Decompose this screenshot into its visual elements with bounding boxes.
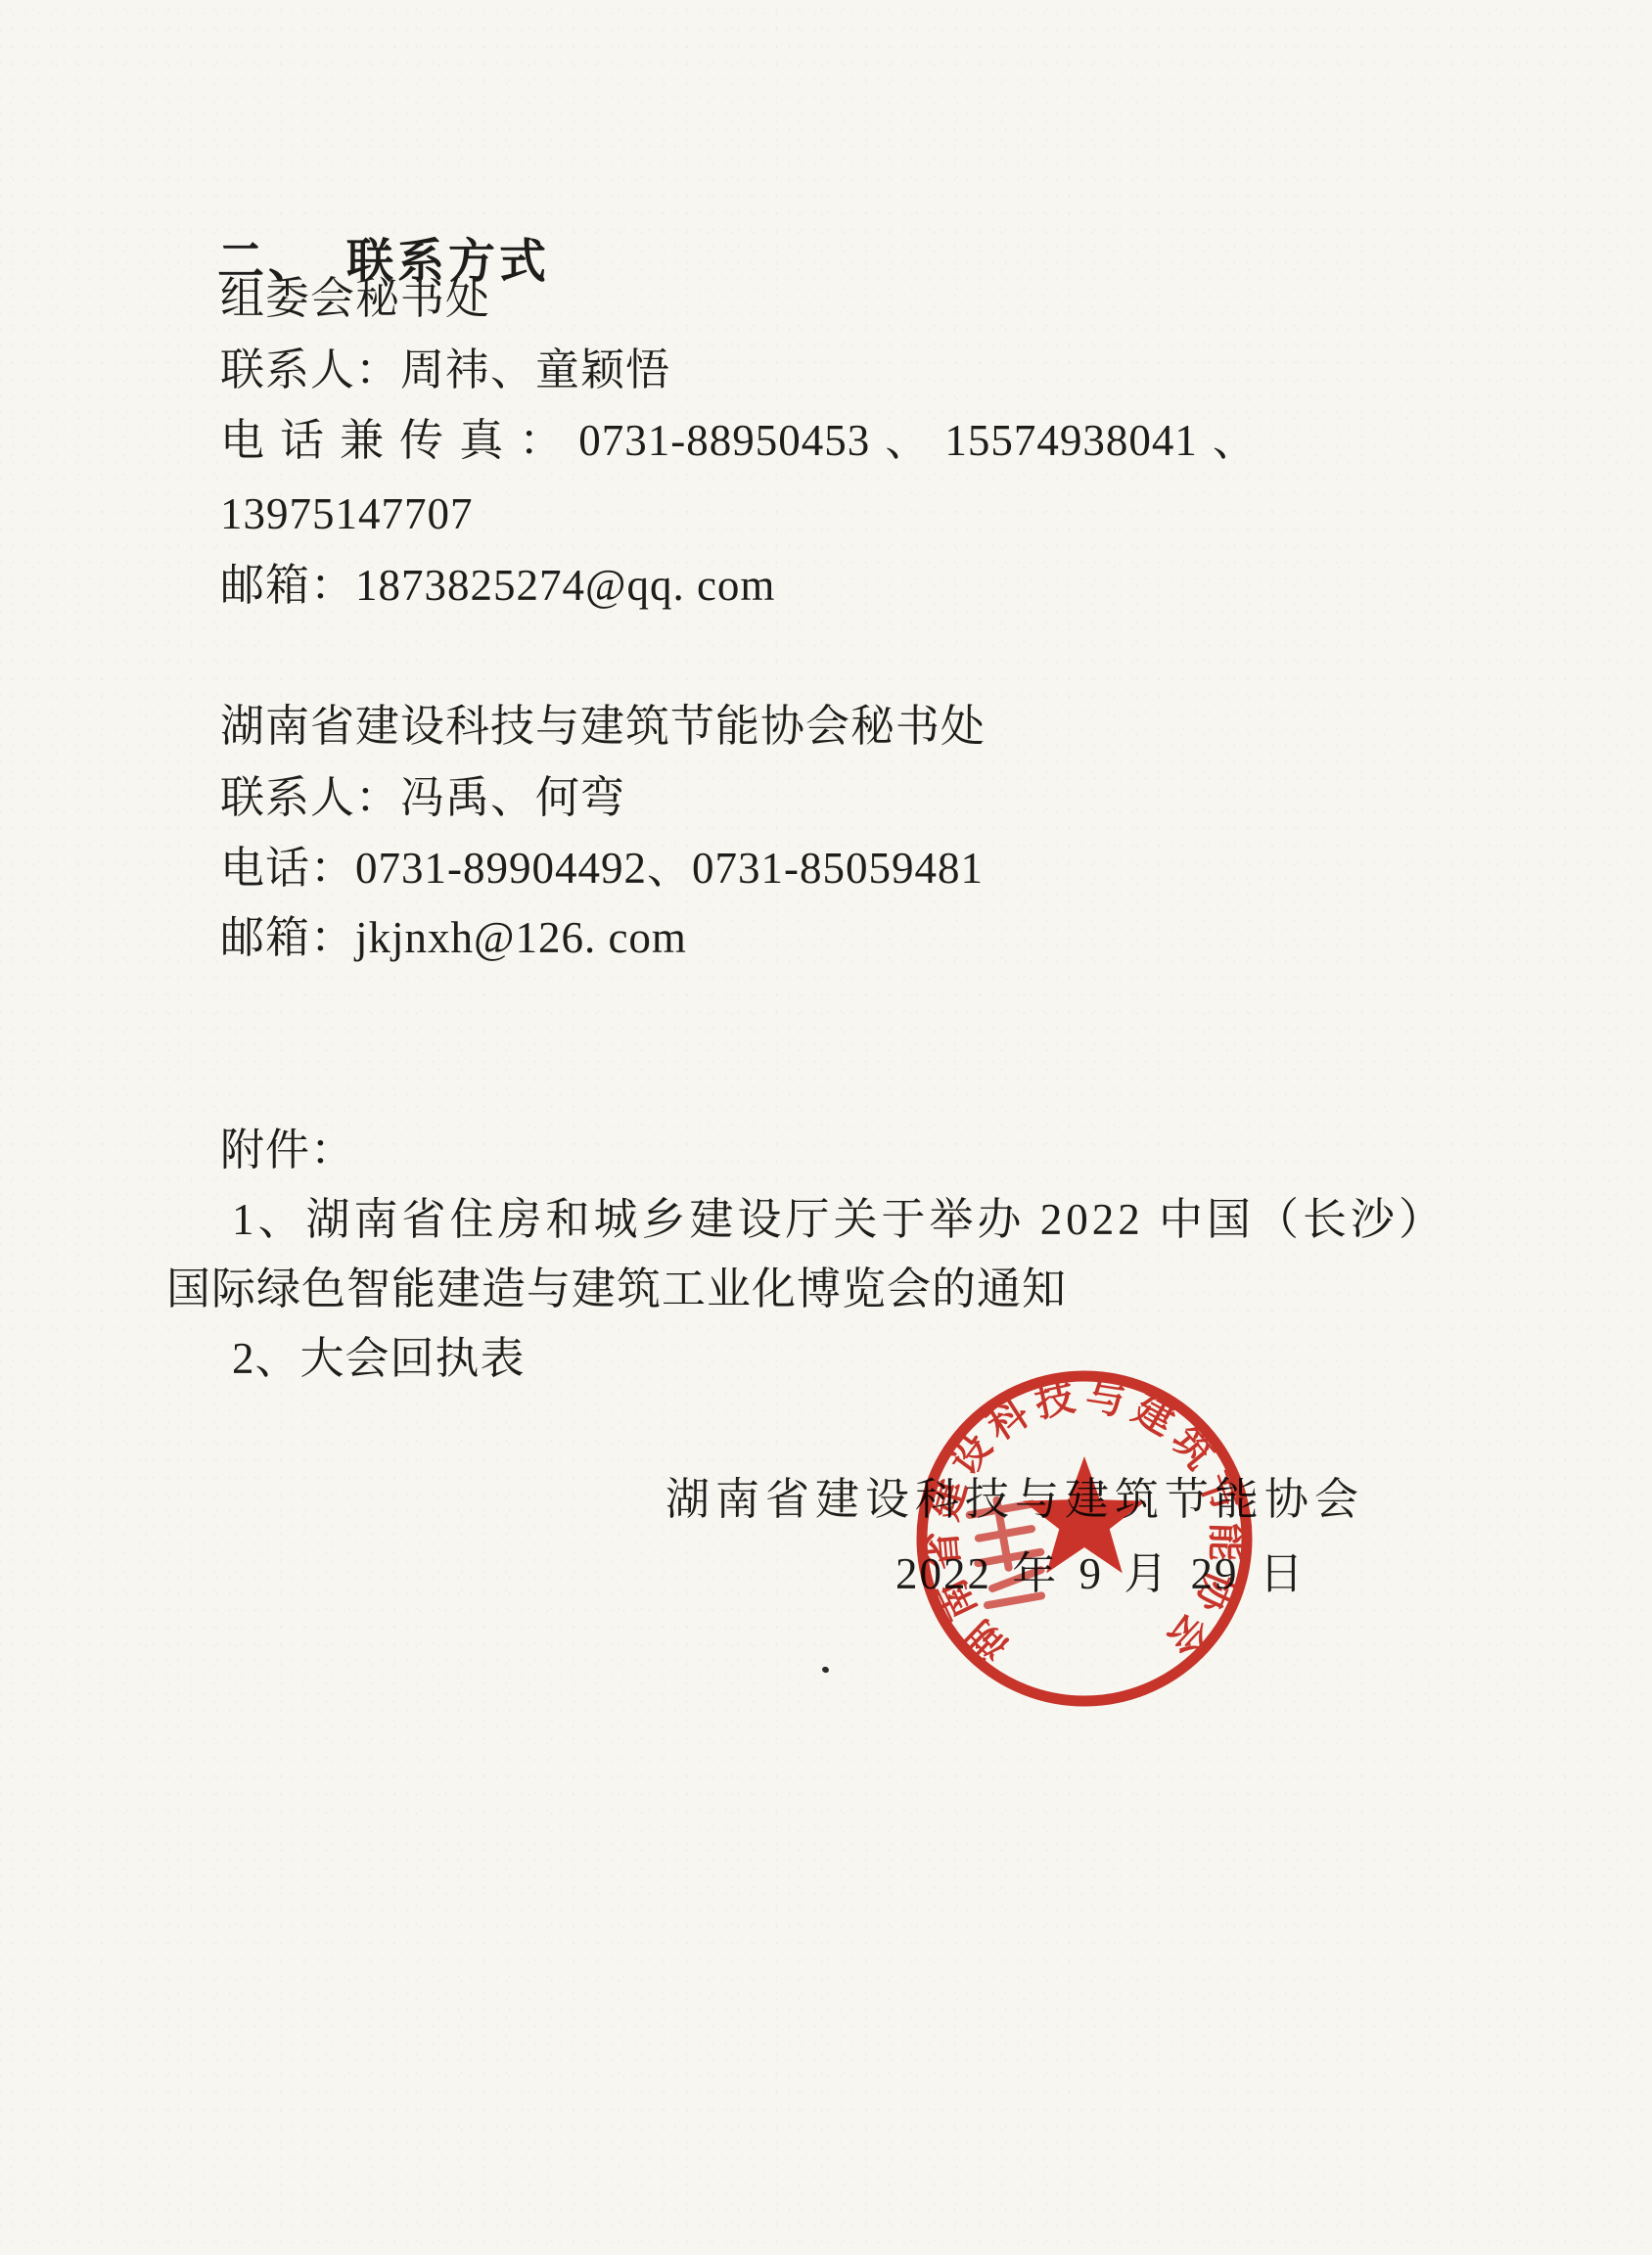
text-fragment: 真 <box>459 416 504 467</box>
official-seal-stamp: 湖南省建设科技与建筑节能协会 <box>908 1362 1261 1715</box>
committee-email: 邮箱：1873825274@qq. com <box>220 561 775 612</box>
association-phones: 电话：0731-89904492、0731-85059481 <box>220 844 984 895</box>
attachment-item1-line1: 1、湖南省住房和城乡建设厅关于举办 2022 中国（长沙） <box>232 1195 1446 1246</box>
text-fragment: 、 <box>1213 416 1258 467</box>
text-fragment: 话 <box>280 416 325 467</box>
text-fragment: 传 <box>399 416 444 467</box>
attachments-label: 附件： <box>220 1126 355 1176</box>
attachment-item2: 2、大会回执表 <box>232 1334 526 1385</box>
association-email: 邮箱：jkjnxh@126. com <box>220 913 687 964</box>
text-fragment: 0731-88950453 <box>578 416 870 467</box>
text-fragment: 、 <box>885 416 930 467</box>
association-title: 湖南省建设科技与建筑节能协会秘书处 <box>220 702 986 753</box>
text-fragment: 15574938041 <box>944 416 1198 467</box>
committee-contacts: 联系人：周祎、童颖悟 <box>220 345 670 396</box>
scanned-document-page: 二、 联系方式 组委会秘书处 联系人：周祎、童颖悟 电话兼传真：0731-889… <box>0 0 1652 2255</box>
committee-phone-overflow: 13975147707 <box>220 489 474 540</box>
attachment-item1-line2: 国际绿色智能建造与建筑工业化博览会的通知 <box>166 1265 1067 1315</box>
committee-phone-fax-line: 电话兼传真：0731-88950453、15574938041、 <box>220 416 1258 467</box>
text-fragment: ： <box>519 416 564 467</box>
ink-speck <box>821 1666 830 1674</box>
association-contacts: 联系人：冯禹、何弯 <box>220 773 625 824</box>
text-fragment: 电 <box>220 416 265 467</box>
text-fragment: 兼 <box>340 416 385 467</box>
committee-title: 组委会秘书处 <box>220 274 490 325</box>
